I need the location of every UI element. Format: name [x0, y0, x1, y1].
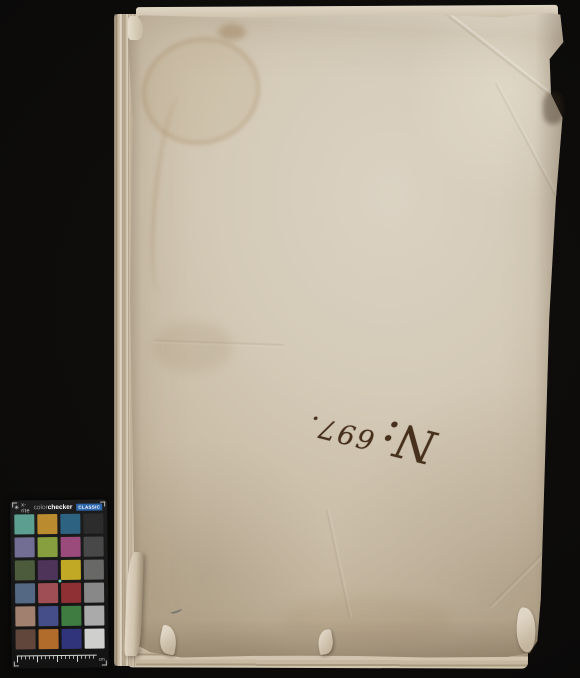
colorchecker-card: ✳ x-rite colorchecker CLASSIC cm: [10, 499, 109, 668]
color-patch-blue-sky: [15, 583, 35, 603]
color-patch-blue: [61, 629, 81, 649]
crop-mark-icon: [14, 661, 19, 666]
color-patch-yellow: [61, 560, 81, 580]
color-patch-white: [84, 629, 104, 649]
color-patch-purplish-blue: [38, 606, 58, 626]
center-registration-dot: [58, 579, 61, 582]
crease-line-3: [489, 529, 569, 609]
color-patch-moderate-red: [38, 583, 58, 603]
crop-mark-icon: [102, 661, 107, 666]
color-patch-orange-yellow: [37, 514, 57, 534]
color-patch-neutral-6-5: [84, 583, 104, 603]
color-patch-dark-skin: [15, 629, 35, 649]
crop-mark-icon: [12, 502, 17, 507]
color-patch-bluish-green: [14, 514, 34, 534]
water-stain-tail: [144, 93, 199, 295]
classic-badge: CLASSIC: [76, 504, 102, 511]
crease-line-5: [326, 509, 352, 617]
torn-edge-shadow: [543, 92, 563, 124]
stain-blotch-left: [152, 322, 232, 372]
crease-line-1: [439, 6, 560, 102]
color-patch-orange: [38, 629, 58, 649]
color-patch-cyan: [60, 514, 80, 534]
color-patch-neutral-8: [84, 606, 104, 626]
color-patch-purple: [38, 560, 58, 580]
colorchecker-title-light: color: [34, 504, 48, 511]
color-patch-red: [61, 583, 81, 603]
colorchecker-header: ✳ x-rite colorchecker CLASSIC: [10, 499, 107, 513]
color-patch-foliage: [15, 560, 35, 580]
color-patch-light-skin: [15, 606, 35, 626]
pencil-mark: [170, 606, 183, 614]
color-patch-black: [83, 514, 103, 534]
crop-mark-icon: [100, 502, 105, 507]
photo-canvas: N: 697. ✳ x-rite colorchecker CLASSIC cm: [0, 0, 580, 678]
crease-line-4: [154, 340, 284, 348]
color-patch-green: [61, 606, 81, 626]
inscription-number: 697.: [304, 409, 378, 456]
xrite-brand-label: x-rite: [21, 502, 32, 514]
color-patch-neutral-5: [84, 560, 104, 580]
inscription-label: N:: [377, 413, 441, 471]
color-patch-yellow-green: [38, 537, 58, 557]
colorchecker-title: colorchecker: [34, 504, 73, 511]
water-stain-ring: [131, 25, 271, 156]
color-patch-blue-flower: [15, 537, 35, 557]
stain-spot-top-edge: [218, 24, 246, 40]
stain-bottom-center: [282, 597, 452, 642]
color-patch-magenta: [61, 537, 81, 557]
inscription: N: 697.: [274, 368, 470, 499]
colorchecker-title-bold: checker: [48, 504, 73, 511]
ruler-scale: [17, 655, 97, 663]
color-patch-neutral-3-5: [84, 537, 104, 557]
cover-page: N: 697.: [124, 12, 566, 664]
